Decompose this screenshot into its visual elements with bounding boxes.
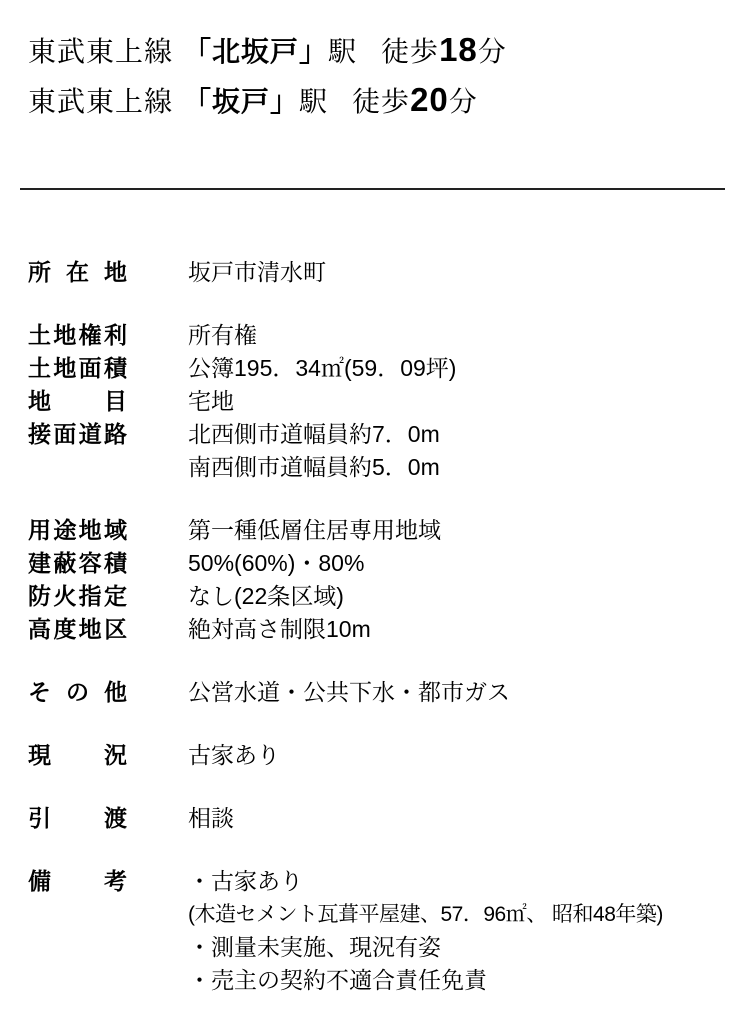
field-label: 建蔽容積	[28, 547, 127, 580]
field-value: 50%(60%)・80%	[188, 547, 364, 580]
group-other: その他 公営水道・公共下水・都市ガス	[28, 676, 746, 709]
field-value-line: 南西側市道幅員約5．0m	[188, 451, 440, 484]
field-value: 古家あり	[188, 739, 280, 772]
field-value: 宅地	[188, 385, 234, 418]
field-value: ・古家あり (木造セメント瓦葺平屋建、57．96㎡、 昭和48年築) ・測量未実…	[188, 865, 663, 997]
field-value: なし(22条区域)	[188, 580, 344, 613]
field-value-line: 坂戸市清水町	[188, 256, 326, 289]
field-label: 防火指定	[28, 580, 127, 613]
minutes-unit: 分	[449, 86, 478, 117]
transit-access-line-1: 東武東上線「北坂戸」駅徒歩18分	[28, 26, 746, 76]
field-value-line: 絶対高さ制限10m	[188, 613, 371, 646]
field-value-line: 所有権	[188, 319, 257, 352]
remark-line: ・古家あり	[188, 865, 663, 898]
field-value-line: 公営水道・公共下水・都市ガス	[188, 676, 510, 709]
row-land-category: 地目 宅地	[28, 385, 746, 418]
station-name: 「北坂戸」	[183, 36, 328, 67]
field-label: 現況	[28, 739, 127, 772]
remark-line: ・売主の契約不適合責任免責	[188, 964, 663, 997]
walk-label: 徒歩	[381, 36, 439, 67]
row-utilities: その他 公営水道・公共下水・都市ガス	[28, 676, 746, 709]
station-name: 「坂戸」	[183, 86, 299, 117]
field-value-line: 公簿195．34㎡(59．09坪)	[188, 352, 456, 385]
row-use-district: 用途地域 第一種低層住居専用地域	[28, 514, 746, 547]
group-location: 所在地 坂戸市清水町	[28, 256, 746, 289]
field-label: 所在地	[28, 256, 127, 289]
group-current-status: 現況 古家あり	[28, 739, 746, 772]
field-label: 引渡	[28, 802, 127, 835]
property-table: 所在地 坂戸市清水町 土地権利 所有権 土地面積 公簿195．34㎡(59．09…	[28, 256, 746, 997]
field-value-line: 相談	[188, 802, 234, 835]
field-value: 第一種低層住居専用地域	[188, 514, 441, 547]
walk-label: 徒歩	[352, 86, 410, 117]
property-sheet: 東武東上線「北坂戸」駅徒歩18分 東武東上線「坂戸」駅徒歩20分 所在地 坂戸市…	[0, 0, 746, 997]
field-value: 相談	[188, 802, 234, 835]
field-value-line: 50%(60%)・80%	[188, 547, 364, 580]
field-label: 高度地区	[28, 613, 127, 646]
group-handover: 引渡 相談	[28, 802, 746, 835]
row-fire-prevention: 防火指定 なし(22条区域)	[28, 580, 746, 613]
field-value: 公営水道・公共下水・都市ガス	[188, 676, 510, 709]
field-value: 坂戸市清水町	[188, 256, 326, 289]
walk-minutes: 18	[439, 31, 478, 68]
field-label: 地目	[28, 385, 127, 418]
group-remarks: 備考 ・古家あり (木造セメント瓦葺平屋建、57．96㎡、 昭和48年築) ・測…	[28, 865, 746, 997]
row-land-rights: 土地権利 所有権	[28, 319, 746, 352]
field-value-line: 第一種低層住居専用地域	[188, 514, 441, 547]
field-value: 北西側市道幅員約7．0m 南西側市道幅員約5．0m	[188, 418, 440, 484]
field-value-line: 宅地	[188, 385, 234, 418]
remark-line: ・測量未実施、現況有姿	[188, 931, 663, 964]
field-value-line: なし(22条区域)	[188, 580, 344, 613]
transit-access-line-2: 東武東上線「坂戸」駅徒歩20分	[28, 76, 746, 126]
field-value: 公簿195．34㎡(59．09坪)	[188, 352, 456, 385]
row-location: 所在地 坂戸市清水町	[28, 256, 746, 289]
row-frontage-road: 接面道路 北西側市道幅員約7．0m 南西側市道幅員約5．0m	[28, 418, 746, 484]
field-value: 所有権	[188, 319, 257, 352]
row-height-district: 高度地区 絶対高さ制限10m	[28, 613, 746, 646]
row-coverage-ratio: 建蔽容積 50%(60%)・80%	[28, 547, 746, 580]
row-handover: 引渡 相談	[28, 802, 746, 835]
field-label: 土地面積	[28, 352, 127, 385]
group-zoning: 用途地域 第一種低層住居専用地域 建蔽容積 50%(60%)・80% 防火指定 …	[28, 514, 746, 646]
walk-minutes: 20	[410, 81, 449, 118]
station-suffix: 駅	[328, 36, 357, 67]
station-suffix: 駅	[299, 86, 328, 117]
transit-access-header: 東武東上線「北坂戸」駅徒歩18分 東武東上線「坂戸」駅徒歩20分	[28, 26, 746, 126]
field-value-line: 北西側市道幅員約7．0m	[188, 418, 440, 451]
row-current-status: 現況 古家あり	[28, 739, 746, 772]
field-value-line: 古家あり	[188, 739, 280, 772]
railway-name: 東武東上線	[28, 86, 173, 117]
minutes-unit: 分	[478, 36, 507, 67]
field-label: 接面道路	[28, 418, 127, 451]
remark-line-detail: (木造セメント瓦葺平屋建、57．96㎡、 昭和48年築)	[188, 898, 663, 931]
field-value: 絶対高さ制限10m	[188, 613, 371, 646]
field-label: 用途地域	[28, 514, 127, 547]
field-label: その他	[28, 676, 127, 709]
divider-rule	[20, 188, 725, 190]
field-label: 備考	[28, 865, 127, 898]
field-label: 土地権利	[28, 319, 127, 352]
row-land-area: 土地面積 公簿195．34㎡(59．09坪)	[28, 352, 746, 385]
row-remarks: 備考 ・古家あり (木造セメント瓦葺平屋建、57．96㎡、 昭和48年築) ・測…	[28, 865, 746, 997]
group-land: 土地権利 所有権 土地面積 公簿195．34㎡(59．09坪) 地目 宅地 接面…	[28, 319, 746, 484]
railway-name: 東武東上線	[28, 36, 173, 67]
